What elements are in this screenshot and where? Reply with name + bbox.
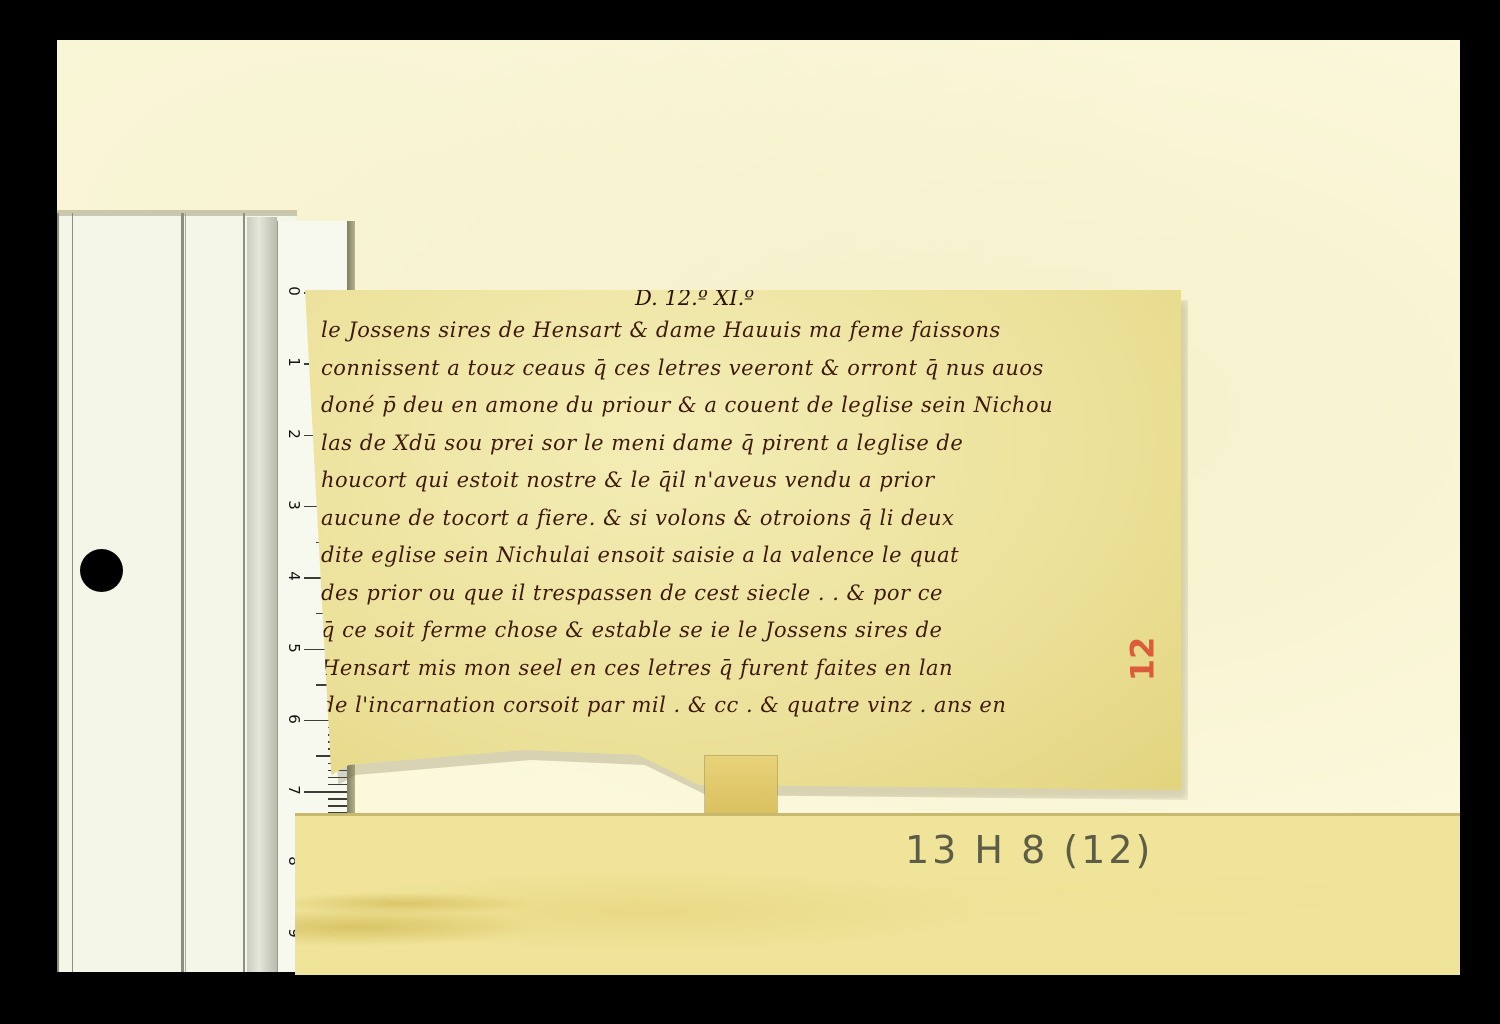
charter-text-line: q̄ ce soit ferme chose & estable se ie l… — [321, 618, 1171, 642]
charter-text-line: le Jossens sires de Hensart & dame Hauui… — [321, 318, 1171, 342]
ruler-rail — [181, 213, 184, 972]
ruler-cm-label: 6 — [285, 709, 303, 729]
ruler-tick — [328, 784, 348, 786]
ruler-cm-label: 5 — [285, 638, 303, 658]
ruler-tick — [304, 791, 348, 793]
charter-text-line: las de Xdū sou prei sor le meni dame q̄ … — [321, 431, 1171, 455]
ruler-rail — [72, 213, 73, 972]
punch-hole — [80, 549, 123, 592]
charter-text-line: connissent a touz ceaus q̄ ces letres ve… — [321, 356, 1171, 380]
charter-text-line: houcort qui estoit nostre & le q̄il n'av… — [321, 468, 1171, 492]
measuring-ruler: 0123456789 — [57, 213, 295, 972]
ruler-rail — [185, 213, 186, 972]
charter-text-line: dite eglise sein Nichulai ensoit saisie … — [321, 543, 1171, 567]
ruler-cm-label: 0 — [285, 281, 303, 301]
ruler-rail — [57, 213, 59, 972]
parchment-tag-strip — [705, 756, 777, 820]
charter-parchment: D. 12.º XI.º le Jossens sires de Hensart… — [305, 290, 1181, 790]
ruler-tick — [328, 805, 348, 807]
charter-text-line: de l'incarnation corsoit par mil . & cc … — [321, 693, 1171, 717]
archive-shelfmark-label: 13 H 8 (12) — [905, 828, 1153, 872]
ruler-cm-label: 1 — [285, 352, 303, 372]
charter-text-line: des prior ou que il trespassen de cest s… — [321, 581, 1171, 605]
charter-text-line: doné p̄ deu en amone du priour & a couen… — [321, 393, 1171, 417]
ruler-groove — [247, 217, 277, 972]
ruler-cm-label: 3 — [285, 495, 303, 515]
ruler-shadow — [57, 210, 297, 216]
archive-folder-band — [295, 813, 1460, 975]
ruler-cm-label: 2 — [285, 424, 303, 444]
red-marginal-number: 12 — [1123, 637, 1161, 682]
ruler-rail — [243, 213, 245, 972]
ruler-cm-label: 7 — [285, 780, 303, 800]
ruler-cm-label: 4 — [285, 566, 303, 586]
ruler-tick — [328, 798, 348, 800]
charter-text-line: Hensart mis mon seel en ces letres q̄ fu… — [321, 656, 1171, 680]
charter-text-line: aucune de tocort a fiere. & si volons & … — [321, 506, 1171, 530]
